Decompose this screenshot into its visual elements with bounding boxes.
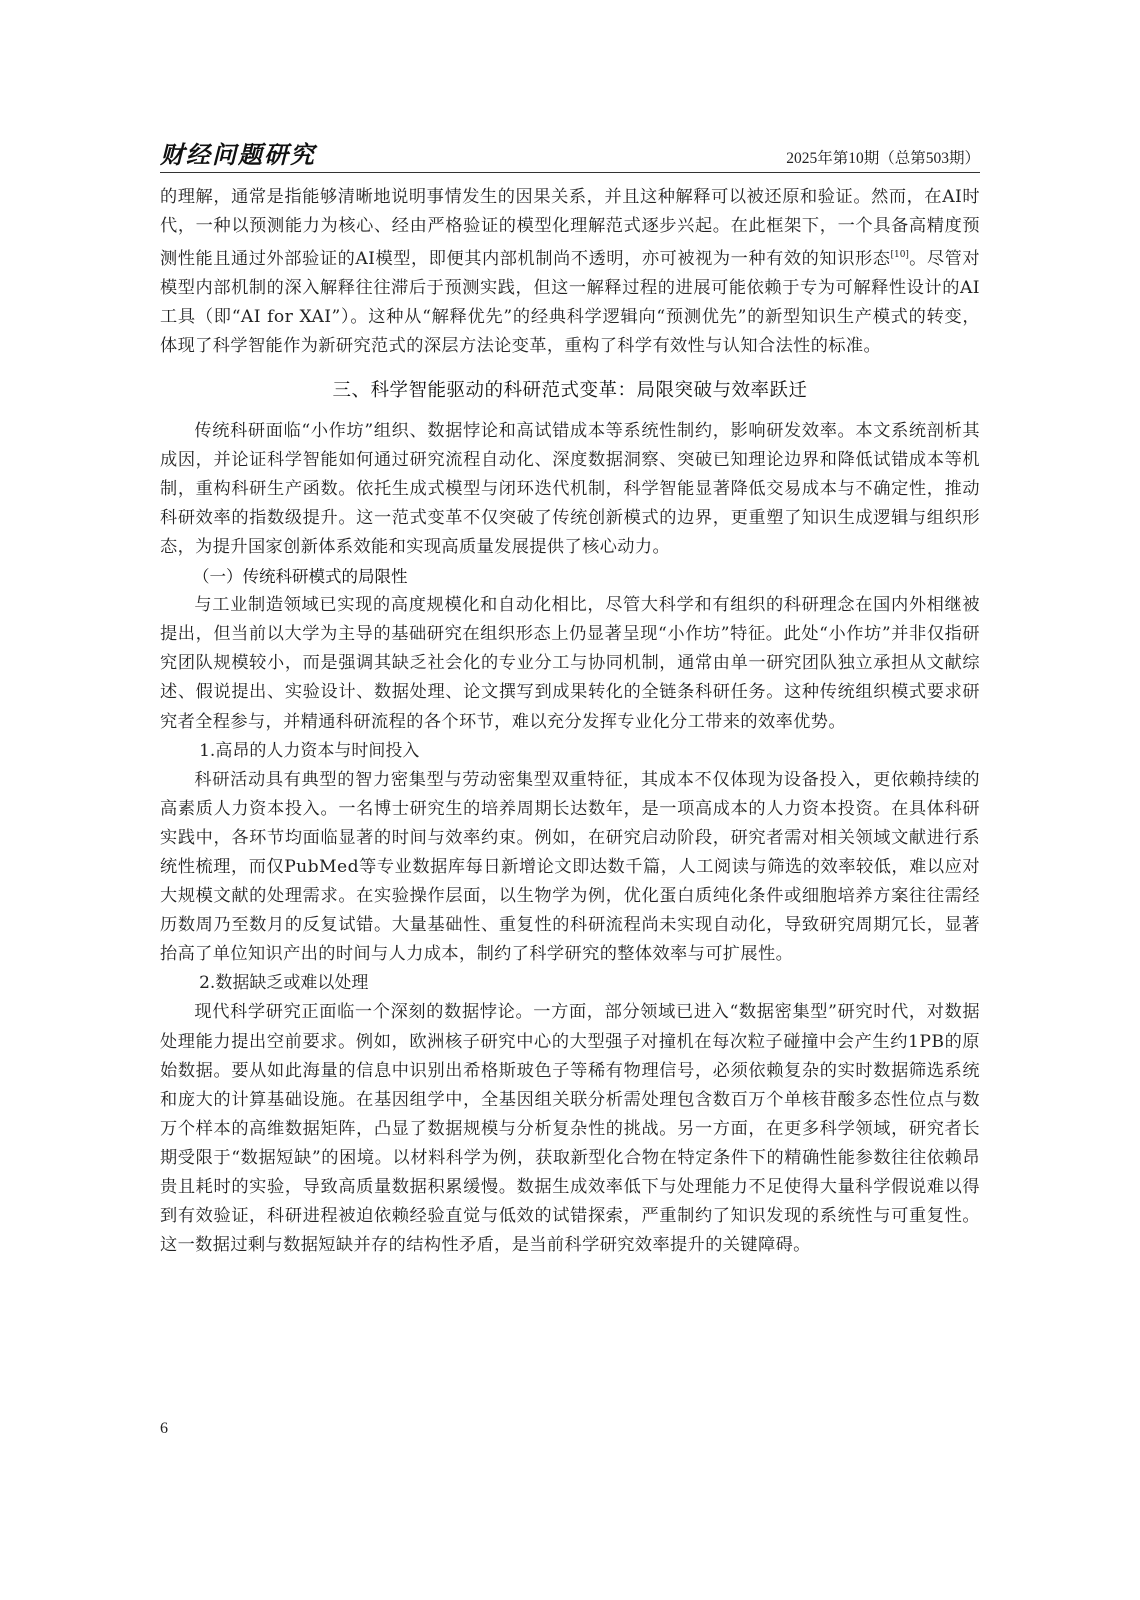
running-header: 财经问题研究 2025年第10期（总第503期） [160,140,980,173]
paragraph: 科研活动具有典型的智力密集型与劳动密集型双重特征，其成本不仅体现为设备投入，更依… [160,766,980,970]
journal-name: 财经问题研究 [160,142,316,168]
paragraph: 传统科研面临“小作坊”组织、数据悖论和高试错成本等系统性制约，影响研发效率。本文… [160,417,980,562]
paragraph-text: 的理解，通常是指能够清晰地说明事情发生的因果关系，并且这种解释可以被还原和验证。… [160,187,980,269]
page: 财经问题研究 2025年第10期（总第503期） 的理解，通常是指能够清晰地说明… [160,140,980,1260]
paragraph-continued: 的理解，通常是指能够清晰地说明事情发生的因果关系，并且这种解释可以被还原和验证。… [160,183,980,362]
paragraph: 现代科学研究正面临一个深刻的数据悖论。一方面，部分领域已进入“数据密集型”研究时… [160,998,980,1260]
paragraph: 与工业制造领域已实现的高度规模化和自动化相比，尽管大科学和有组织的科研理念在国内… [160,591,980,736]
issue-info: 2025年第10期（总第503期） [786,150,980,168]
item-heading: 1.高昂的人力资本与时间投入 [160,737,980,766]
section-heading: 三、科学智能驱动的科研范式变革：局限突破与效率跃迁 [160,376,980,405]
subsection-heading: （一）传统科研模式的局限性 [160,562,980,591]
item-heading: 2.数据缺乏或难以处理 [160,969,980,998]
citation-ref: [10] [890,250,908,260]
page-number: 6 [160,1420,168,1438]
article-body: 的理解，通常是指能够清晰地说明事情发生的因果关系，并且这种解释可以被还原和验证。… [160,183,980,1260]
